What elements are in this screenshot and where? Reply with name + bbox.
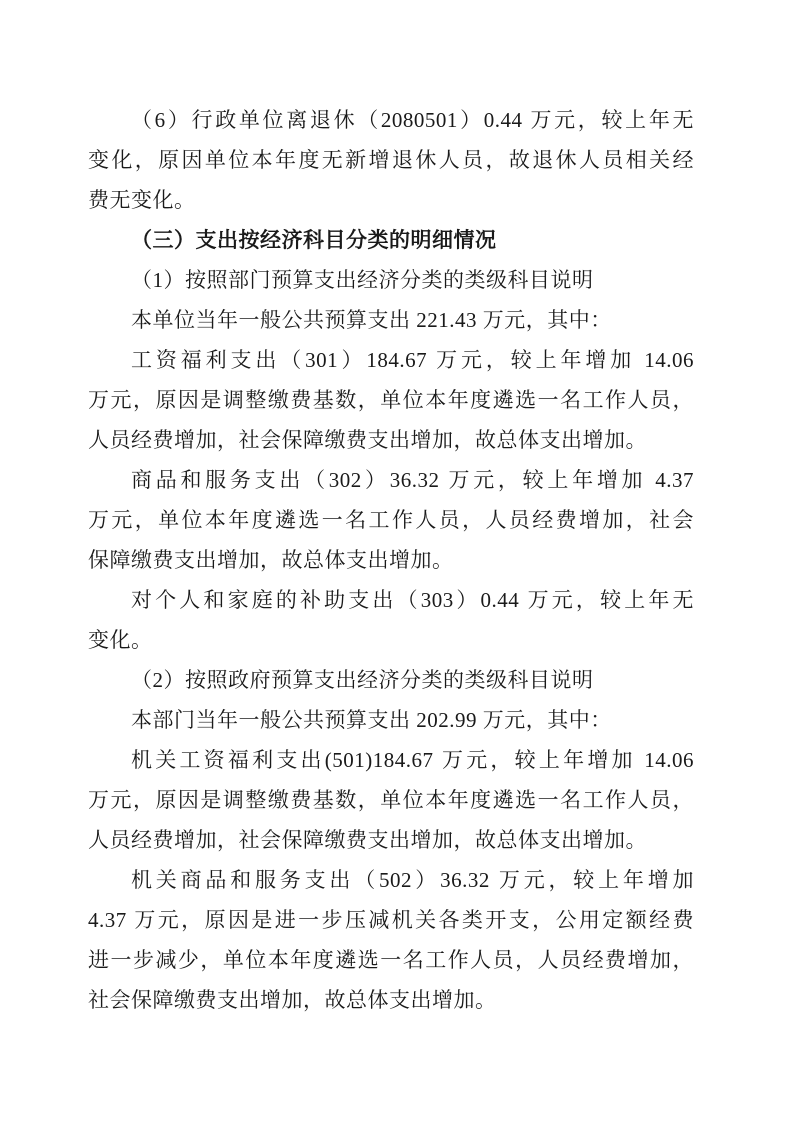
- text-line: 机关商品和服务支出（502）36.32 万元，较上年增加: [88, 860, 694, 900]
- text-line: 变化，原因单位本年度无新增退休人员，故退休人员相关经: [88, 140, 694, 180]
- text-line: 本单位当年一般公共预算支出 221.43 万元，其中：: [88, 300, 694, 340]
- text-line: 4.37 万元，原因是进一步压减机关各类开支，公用定额经费: [88, 900, 694, 940]
- text-line: 万元，原因是调整缴费基数，单位本年度遴选一名工作人员，: [88, 380, 694, 420]
- text-block: （6）行政单位离退休（2080501）0.44 万元，较上年无 变化，原因单位本…: [88, 100, 694, 1020]
- text-line: 对个人和家庭的补助支出（303）0.44 万元，较上年无: [88, 580, 694, 620]
- text-line: 万元，原因是调整缴费基数，单位本年度遴选一名工作人员，: [88, 780, 694, 820]
- section-heading-line: （三）支出按经济科目分类的明细情况: [88, 220, 694, 260]
- para-salary-welfare-301: 工资福利支出（301）184.67 万元，较上年增加 14.06 万元，原因是调…: [88, 340, 694, 460]
- text-line: 人员经费增加，社会保障缴费支出增加，故总体支出增加。: [88, 420, 694, 460]
- para-unit-total-expenditure: 本单位当年一般公共预算支出 221.43 万元，其中：: [88, 300, 694, 340]
- para-dept-budget-class-note: （1）按照部门预算支出经济分类的类级科目说明: [88, 260, 694, 300]
- para-dept-total-expenditure: 本部门当年一般公共预算支出 202.99 万元，其中：: [88, 700, 694, 740]
- para-goods-services-302: 商品和服务支出（302）36.32 万元，较上年增加 4.37 万元，单位本年度…: [88, 460, 694, 580]
- para-gov-budget-class-note: （2）按照政府预算支出经济分类的类级科目说明: [88, 660, 694, 700]
- text-line: 万元，单位本年度遴选一名工作人员，人员经费增加，社会: [88, 500, 694, 540]
- text-line: 人员经费增加，社会保障缴费支出增加，故总体支出增加。: [88, 820, 694, 860]
- text-line: 进一步减少，单位本年度遴选一名工作人员，人员经费增加，: [88, 940, 694, 980]
- para-individual-family-subsidy-303: 对个人和家庭的补助支出（303）0.44 万元，较上年无 变化。: [88, 580, 694, 660]
- text-line: 变化。: [88, 620, 694, 660]
- text-line: 商品和服务支出（302）36.32 万元，较上年增加 4.37: [88, 460, 694, 500]
- heading-expenditure-by-economic-category: （三）支出按经济科目分类的明细情况: [88, 220, 694, 260]
- text-line: （1）按照部门预算支出经济分类的类级科目说明: [88, 260, 694, 300]
- text-line: 社会保障缴费支出增加，故总体支出增加。: [88, 980, 694, 1020]
- text-line: （6）行政单位离退休（2080501）0.44 万元，较上年无: [88, 100, 694, 140]
- text-line: 费无变化。: [88, 180, 694, 220]
- text-line: 保障缴费支出增加，故总体支出增加。: [88, 540, 694, 580]
- document-page: （6）行政单位离退休（2080501）0.44 万元，较上年无 变化，原因单位本…: [0, 0, 793, 1122]
- para-agency-goods-services-502: 机关商品和服务支出（502）36.32 万元，较上年增加 4.37 万元，原因是…: [88, 860, 694, 1020]
- text-line: 机关工资福利支出(501)184.67 万元，较上年增加 14.06: [88, 740, 694, 780]
- para-agency-salary-welfare-501: 机关工资福利支出(501)184.67 万元，较上年增加 14.06 万元，原因…: [88, 740, 694, 860]
- text-line: （2）按照政府预算支出经济分类的类级科目说明: [88, 660, 694, 700]
- text-line: 本部门当年一般公共预算支出 202.99 万元，其中：: [88, 700, 694, 740]
- text-line: 工资福利支出（301）184.67 万元，较上年增加 14.06: [88, 340, 694, 380]
- para-admin-retirement-2080501: （6）行政单位离退休（2080501）0.44 万元，较上年无 变化，原因单位本…: [88, 100, 694, 220]
